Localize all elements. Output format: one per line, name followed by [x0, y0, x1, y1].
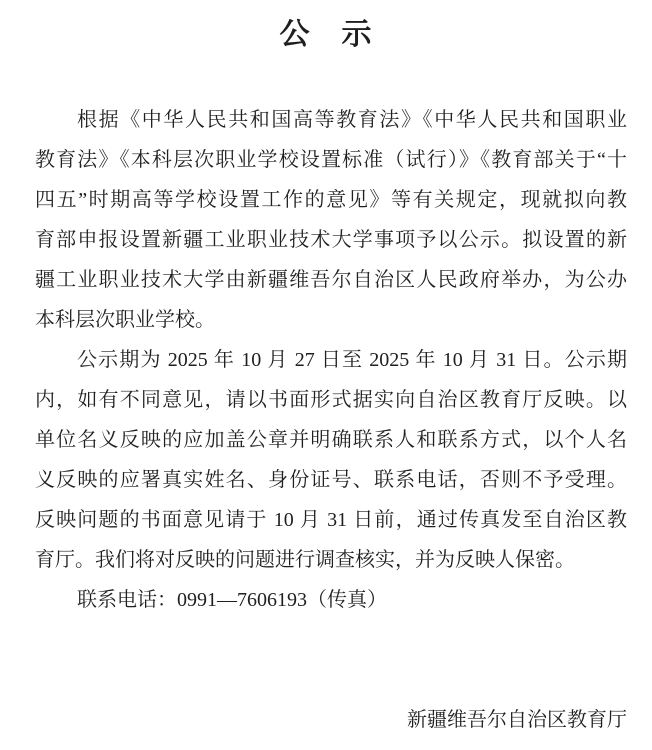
notice-line: 四五”时期高等学校设置工作的意见》等有关规定，现就拟向教	[35, 180, 627, 220]
notice-line: 反映问题的书面意见请于 10 月 31 日前，通过传真发至自治区教	[35, 500, 627, 540]
notice-line: 育厅。我们将对反映的问题进行调查核实，并为反映人保密。	[35, 540, 627, 580]
notice-line: 义反映的应署真实姓名、身份证号、联系电话，否则不予受理。	[35, 460, 627, 500]
notice-line: 单位名义反映的应加盖公章并明确联系人和联系方式，以个人名	[35, 420, 627, 460]
notice-line: 公示期为 2025 年 10 月 27 日至 2025 年 10 月 31 日。…	[35, 340, 627, 380]
paragraph-1: 根据《中华人民共和国高等教育法》《中华人民共和国职业 教育法》《本科层次职业学校…	[35, 100, 627, 340]
notice-line: 内，如有不同意见，请以书面形式据实向自治区教育厅反映。以	[35, 380, 627, 420]
contact-line: 联系电话：0991—7606193（传真）	[35, 580, 627, 620]
notice-body: 根据《中华人民共和国高等教育法》《中华人民共和国职业 教育法》《本科层次职业学校…	[35, 100, 627, 740]
paragraph-2: 公示期为 2025 年 10 月 27 日至 2025 年 10 月 31 日。…	[35, 340, 627, 580]
notice-line: 育部申报设置新疆工业职业技术大学事项予以公示。拟设置的新	[35, 220, 627, 260]
notice-line: 本科层次职业学校。	[35, 300, 627, 340]
notice-title: 公 示	[0, 13, 652, 57]
notice-line: 疆工业职业技术大学由新疆维吾尔自治区人民政府举办，为公办	[35, 260, 627, 300]
signature: 新疆维吾尔自治区教育厅	[35, 700, 627, 740]
notice-page: 公 示 根据《中华人民共和国高等教育法》《中华人民共和国职业 教育法》《本科层次…	[0, 0, 652, 750]
notice-line: 教育法》《本科层次职业学校设置标准（试行）》《教育部关于“十	[35, 140, 627, 180]
notice-line: 根据《中华人民共和国高等教育法》《中华人民共和国职业	[35, 100, 627, 140]
